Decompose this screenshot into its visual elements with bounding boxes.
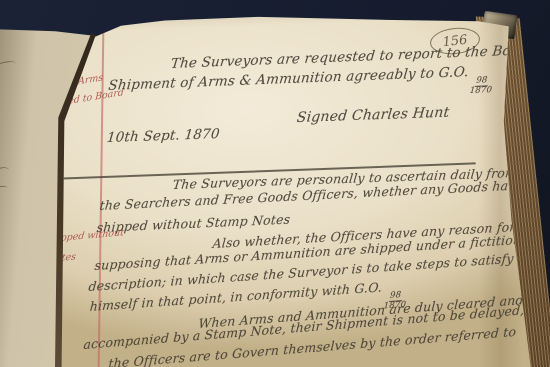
go-year: 1870 bbox=[469, 86, 492, 96]
signature: Signed Charles Hunt bbox=[296, 105, 450, 126]
handwriting-fragment bbox=[0, 59, 17, 74]
general-order-fraction: 981870 bbox=[469, 76, 493, 96]
ledger-photo: 156 Shipment of Arms to be reported to B… bbox=[0, 0, 550, 367]
entry1-line-text: Shipment of Arms & Ammunition agreeably … bbox=[108, 64, 470, 94]
entry1-line: Shipment of Arms & Ammunition agreeably … bbox=[106, 64, 495, 110]
entry-date: 10th Sept. 1870 bbox=[106, 127, 220, 147]
handwriting-fragment bbox=[0, 165, 11, 182]
handwriting-fragment bbox=[0, 185, 9, 196]
entry2-line: shipped without Stamp Notes bbox=[96, 212, 291, 235]
